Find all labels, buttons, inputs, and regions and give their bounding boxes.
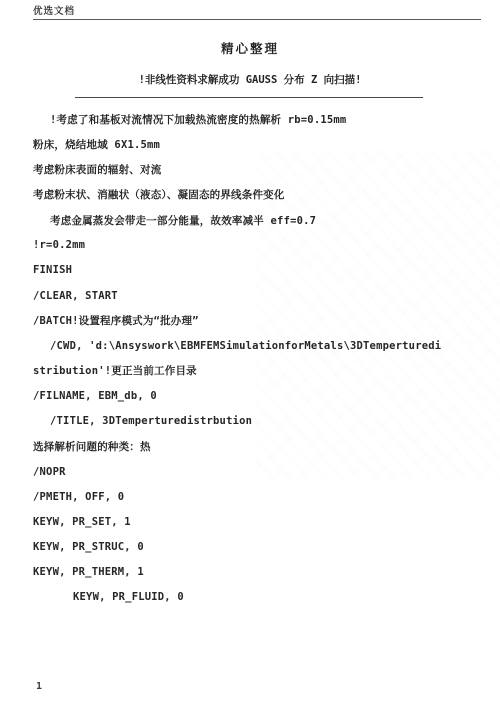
doc-line: KEYW, PR_FLUID, 0 (33, 585, 485, 610)
doc-line: 考虑粉床表面的辐射、对流 (33, 157, 485, 182)
doc-line: stribution'!更正当前工作目录 (33, 358, 485, 383)
doc-title: 精心整理 (0, 39, 500, 57)
document-page: { "page": { "header_label": "优选文档", "pag… (0, 0, 500, 708)
doc-line: 粉床，烧结地域 6X1.5mm (33, 132, 485, 157)
doc-line: /PMETH, OFF, 0 (33, 484, 485, 509)
page-header: 优选文档 (33, 3, 481, 20)
page-number: 1 (36, 681, 42, 692)
subtitle-rule (75, 97, 423, 98)
doc-line: !r=0.2mm (33, 233, 485, 258)
page-header-label: 优选文档 (33, 6, 75, 17)
doc-line: KEYW, PR_STRUC, 0 (33, 534, 485, 559)
doc-line: 考虑金属蒸发会带走一部分能量，故效率减半 eff=0.7 (33, 208, 485, 233)
doc-line: /TITLE, 3DTemperturedistrbution (33, 409, 485, 434)
doc-lines: !考虑了和基板对流情况下加载热流密度的热解析 rb=0.15mm粉床，烧结地域 … (33, 107, 485, 610)
doc-line: KEYW, PR_THERM, 1 (33, 560, 485, 585)
doc-line: /CWD, 'd:\Ansyswork\EBMFEMSimulationforM… (33, 333, 485, 358)
doc-line: 考虑粉末状、消融状（液态）、凝固态的界线条件变化 (33, 182, 485, 207)
doc-line: /NOPR (33, 459, 485, 484)
doc-line: /FILNAME, EBM_db, 0 (33, 384, 485, 409)
doc-line: /BATCH!设置程序模式为“批办理” (33, 308, 485, 333)
doc-line: FINISH (33, 258, 485, 283)
doc-line: !考虑了和基板对流情况下加载热流密度的热解析 rb=0.15mm (33, 107, 485, 132)
doc-line: 选择解析问题的种类：热 (33, 434, 485, 459)
doc-line: KEYW, PR_SET, 1 (33, 509, 485, 534)
doc-subtitle: !非线性资料求解成功 GAUSS 分布 Z 向扫描! (0, 72, 500, 87)
doc-line: /CLEAR, START (33, 283, 485, 308)
